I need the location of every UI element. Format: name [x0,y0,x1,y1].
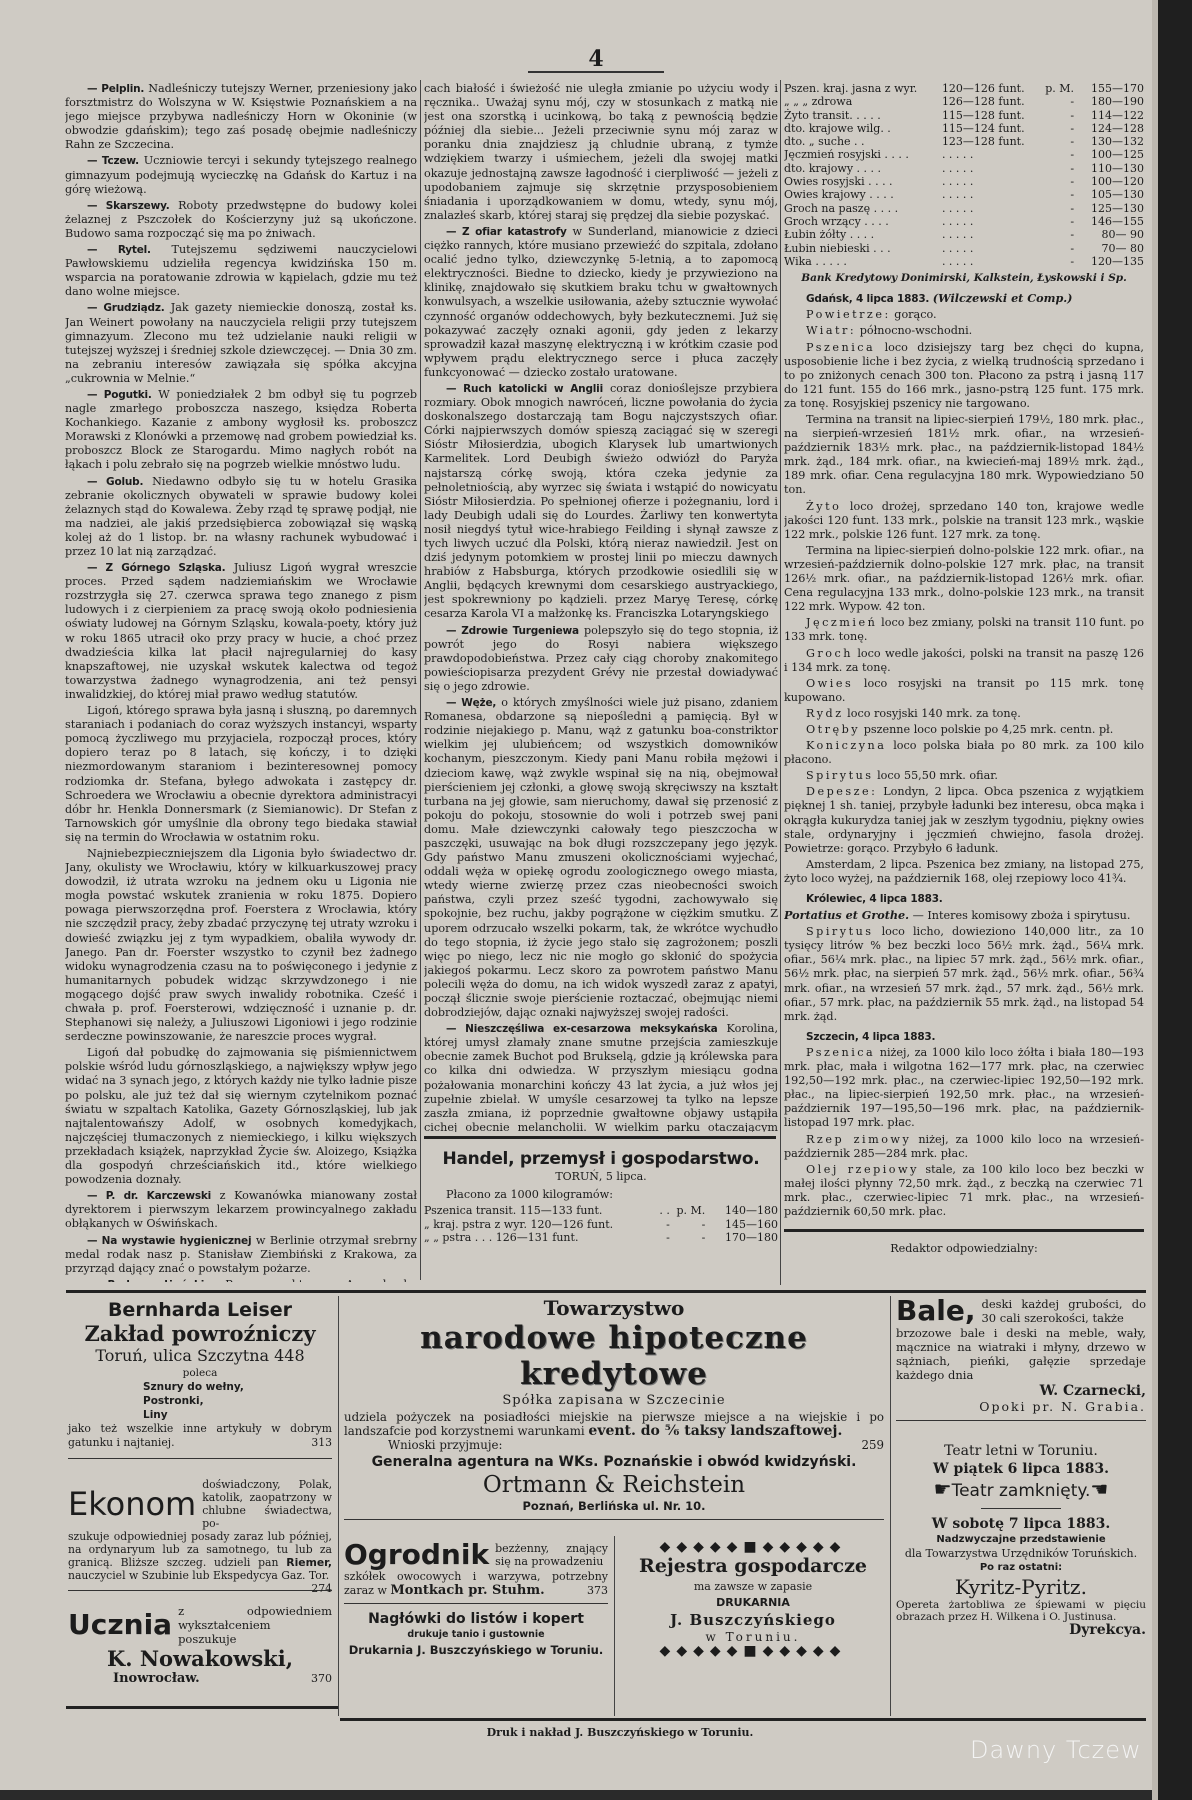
price-row: Żyto transit. . . . .115—128 funt.-114—1… [784,109,1144,122]
trade-title: Handel, przemysł i gospodarstwo. [424,1152,778,1166]
ad-rejestra-place: w Toruniu. [620,1630,886,1644]
article-heading: — Rady małżeńskie. [87,1279,215,1282]
ad-divider [338,1296,339,1716]
report-text: gorąco. [894,308,936,321]
price-row: Wika . . . . .. . . . .-120—135 [784,255,1144,268]
report-text: loco licho, dowieziono 140,000 litr., za… [784,925,1144,1023]
ad-ekonom-headline: Ekonom [68,1487,196,1521]
unit: p. M. [1040,82,1074,95]
market-report: Owies loco rosyjski na transit po 115 mr… [784,677,1144,705]
article: Ligoń, którego sprawa była jasną i słusz… [65,704,417,845]
price: 155—170 [1074,82,1144,95]
report-firm: Portatius et Grothe. [784,908,909,922]
commodity-label: Pszenica [806,341,875,354]
article-text: coraz donioślejsze przybiera rozmiary. O… [424,382,778,621]
ad-ucznia-side: z odpowiedniem wykształceniem poszukuje [178,1604,332,1646]
price-table-torun: Pszenica transit. 115—133 funt.. .p. M.1… [424,1204,778,1244]
ads-top-rule [66,1290,1146,1293]
market-report: Koniczyna loco polska biała po 80 mrk. z… [784,739,1144,767]
ad-tow-applications: Wnioski przyjmuje: [388,1438,502,1452]
ad-rule [344,1519,884,1520]
unit: - [1040,175,1074,188]
commodity: dto. krajowe wilg. . [784,122,942,135]
separator: - [657,1231,670,1244]
ad-number: 259 [861,1438,884,1452]
unit: - [1040,215,1074,228]
unit: - [1040,228,1074,241]
commodity-label: Koniczyna [806,739,886,752]
ad-divider [614,1536,615,1716]
ad-tow-bold: event. do ⁵⁄₆ taksy landszaftowej. [588,1423,842,1439]
article: — Nieszczęśliwa ex-cesarzowa meksykańska… [424,1022,778,1132]
commodity: dto. „ suche . . [784,135,942,148]
ad-naglowki-printer: Drukarnia J. Buszczyńskiego w Toruniu. [344,1642,608,1658]
market-report: Spirytus loco 55,50 mrk. ofiar. [784,769,1144,783]
ad-bale-side: deski każdej grubości, do 30 cali szerok… [981,1297,1146,1325]
article-text: o których zmyślności wiele już pisano, z… [424,696,778,1019]
market-report: Powietrze: gorąco. [784,308,1144,322]
price-row: Łubin niebieski . . .. . . . .-70— 80 [784,242,1144,255]
market-report: Portatius et Grothe. — Interes komisowy … [784,908,1144,923]
price-row: Jęczmień rosyjski . . . .. . . . .-100—1… [784,148,1144,161]
article: — Tczew. Uczniowie tercyi i sekundy tyte… [65,154,417,196]
price: 114—122 [1074,109,1144,122]
article-heading: — Rytel. [87,244,151,256]
report-text: — Interes komisowy zboża i spirytusu. [913,909,1131,922]
page-number-rule [528,71,664,73]
article-text: Ligoń dał pobudkę do zajmowania się piśm… [65,1046,417,1186]
ad-tow-line3: Spółka zapisana w Szczecinie [344,1394,884,1408]
separator: - [657,1218,670,1231]
market-report: Pszenica loco dzisiejszy targ bez chęci … [784,341,1144,411]
price-row: Łubin żółty . . . .. . . . .-80— 90 [784,228,1144,241]
ad-rule [68,1458,332,1459]
ad-naglowki-sub: drukuje tanio i gustownie [344,1628,608,1642]
commodity: Łubin żółty . . . . [784,228,942,241]
ad-leiser-items: Sznury do wełny,Postronki,Liny [68,1380,332,1422]
price: 180—190 [1074,95,1144,108]
unit: - [1040,162,1074,175]
weight: . . . . . [942,188,1040,201]
article-heading: — Zdrowie Turgeniewa [446,625,579,637]
ad-teatr-title: Teatr letni w Toruniu. [896,1442,1146,1460]
price-row: Groch na paszę . . . .. . . . .-125—130 [784,202,1144,215]
ad-teatr-for: dla Towarzystwa Urzędników Toruńskich. [896,1547,1146,1561]
unit: - [1040,122,1074,135]
article-heading: — Grudziądz. [87,302,165,314]
ad-rule [896,1420,1146,1421]
price: 124—128 [1074,122,1144,135]
ad-teatr-closed: Teatr zamknięty. [952,1481,1091,1501]
ad-leiser-item: Postronki, [143,1394,332,1408]
trade-section: Handel, przemysł i gospodarstwo. TORUŃ, … [424,1142,778,1282]
ad-ucznia: Ucznia z odpowiedniem wykształceniem pos… [68,1604,332,1686]
market-report: Rydz loco rosyjski 140 mrk. za tonę. [784,707,1144,721]
unit: - [1040,255,1074,268]
ad-divider [890,1296,891,1716]
commodity-label: Olej rzepiowy [806,1163,919,1176]
ornament-border: ◆◆◆◆◆■◆◆◆◆◆ [620,1644,886,1658]
ad-leiser-recommends: poleca [68,1366,332,1380]
unit: - [1040,148,1074,161]
market-report: Rzep zimowy niżej, za 1000 kilo loco na … [784,1133,1144,1161]
ad-rule [68,1590,332,1591]
ad-rejestra-title: Rejestra gospodarcze [620,1554,886,1578]
weight: . . . . . [942,162,1040,175]
page-number: 4 [0,46,1192,72]
ad-teatr-date1: W piątek 6 lipca 1883. [896,1460,1146,1478]
article: — Z ofiar katastrofy w Sunderland, miano… [424,225,778,380]
ad-teatr-last: Po raz ostatni: [896,1561,1146,1575]
article-text: w Sunderland, mianowicie z dzieci ciężko… [424,225,778,379]
commodity-label: Spirytus [806,769,874,782]
ad-rejestra-name: J. Buszczyńskiego [620,1610,886,1630]
ad-leiser-item: Sznury do wełny, [143,1380,332,1394]
article-heading: — Skarszewy. [87,200,170,212]
ad-ucznia-headline: Ucznia [68,1610,172,1640]
price-row: dto. „ suche . .123—128 funt.-130—132 [784,135,1144,148]
market-report: Depesze: Londyn, 2 lipca. Obca pszenica … [784,785,1144,855]
article-heading: — Nieszczęśliwa ex-cesarzowa meksykańska [446,1023,718,1035]
price-row: Groch wrzący . . . .. . . . .-146—155 [784,215,1144,228]
article: — Węże, o których zmyślności wiele już p… [424,696,778,1020]
weight: . . . . . [942,175,1040,188]
ad-teatr-closed-line: ☛Teatr zamknięty.☚ [896,1478,1146,1502]
ad-number: 373 [587,1584,608,1598]
ad-number: 274 [311,1582,332,1595]
ad-teatr-date2: W sobotę 7 lipca 1883. [896,1515,1146,1533]
ad-ogrodnik: Ogrodnik bezżenny, znający się na prowad… [344,1540,608,1658]
report-text: loco 55,50 mrk. ofiar. [877,769,998,782]
watermark: Dawny Tczew [970,1736,1142,1764]
article: — Ruch katolicki w Anglii coraz doniośle… [424,382,778,622]
separator: . . [657,1204,670,1217]
commodity-label: Wiatr: [806,324,856,337]
ad-ekonom-side: doświadczony, Polak, katolik, zaopatrzon… [202,1478,332,1530]
article: — Z Górnego Szląska. Juliusz Ligoń wygra… [65,561,417,702]
report-text: Amsterdam, 2 lipca. Pszenica bez zmiany,… [784,858,1144,885]
price: 170—180 [705,1231,778,1244]
article: — P. dr. Karczewski z Kowanówka mianowan… [65,1189,417,1231]
ad-leiser-address: Toruń, ulica Szczytna 448 [68,1346,332,1366]
ad-number: 370 [311,1672,332,1686]
commodity-label: Jęczmień [806,616,877,629]
unit: - [670,1218,705,1231]
ad-leiser-footer: jako też wszelkie inne artykuły w dobrym… [68,1422,332,1450]
article: — Zdrowie Turgeniewa polepszyło się do t… [424,624,778,694]
price-row: Pszen. kraj. jasna z wyr.120—126 funt.p.… [784,82,1144,95]
ads-bottom-rule [340,1718,1146,1721]
ad-teatr-signed: Dyrekcya. [896,1623,1146,1637]
price-row: dto. krajowe wilg. .115—124 funt.-124—12… [784,122,1144,135]
pointing-hand-left-icon: ☚ [1090,1478,1108,1500]
ad-ogrodnik-place: Montkach pr. Stuhm. [390,1583,544,1598]
article-heading: — Golub. [87,476,143,488]
ad-teatr-special: Nadzwyczajne przedstawienie [896,1533,1146,1547]
ad-rule [344,1603,608,1604]
page-edge [1152,0,1158,1800]
article: — Rady małżeńskie. Pewna praktyczna Amer… [65,1278,417,1282]
weight: . . . . . [942,242,1040,255]
price: 130—132 [1074,135,1144,148]
unit: - [1040,202,1074,215]
section-rule [424,1136,776,1139]
market-report: Olej rzepiowy stale, za 100 kilo loco be… [784,1163,1144,1219]
price: 120—135 [1074,255,1144,268]
ad-leiser-business: Zakład powroźniczy [68,1322,332,1346]
ad-tow-address: Poznań, Berlińska ul. Nr. 10. [344,1499,884,1513]
report-dateline: Królewiec, 4 lipca 1883. [806,893,943,905]
weight: . . . . . [942,255,1040,268]
ad-ogrodnik-side: bezżenny, znający się na prowadzeniu [495,1542,608,1569]
market-report: Królewiec, 4 lipca 1883. [784,892,1144,906]
article: Najniebezpieczniejszem dla Ligonia było … [65,847,417,1044]
article: — Na wystawie hygienicznej w Berlinie ot… [65,1234,417,1276]
ad-ucznia-name: K. Nowakowski, [68,1646,332,1672]
article: — Grudziądz. Jak gazety niemieckie donos… [65,301,417,386]
price-row: dto. krajowy . . . .. . . . .-110—130 [784,162,1144,175]
price-row: „ „ pstra . . . 126—131 funt.--170—180 [424,1231,778,1244]
commodity-label: Spirytus [806,925,874,938]
market-report: Szczecin, 4 lipca 1883. [784,1030,1144,1044]
ad-leiser: Bernharda Leiser Zakład powroźniczy Toru… [68,1298,332,1465]
ad-bale-headline: Bale, [896,1296,975,1326]
article-heading: — Tczew. [87,155,139,167]
ad-bale-seller: W. Czarnecki, [896,1382,1146,1400]
commodity: dto. krajowy . . . . [784,162,942,175]
price: 146—155 [1074,215,1144,228]
price: 80— 90 [1074,228,1144,241]
price: 140—180 [705,1204,778,1217]
article-heading: — Z Górnego Szląska. [87,562,225,574]
ad-ogrodnik-headline: Ogrodnik [344,1540,489,1570]
commodity: „ „ „ zdrowa [784,95,942,108]
ad-tow-line1: Towarzystwo [344,1296,884,1320]
ad-ekonom: Ekonom doświadczony, Polak, katolik, zao… [68,1478,332,1595]
editor-label: Redaktor odpowiedzialny: [784,1242,1144,1256]
price: 110—130 [1074,162,1144,175]
commodity: Żyto transit. . . . . [784,109,942,122]
ad-ekonom-contact: Riemer, [286,1556,332,1569]
news-column-2: cach białość i świeżość nie uległa zmian… [424,82,778,1132]
market-report: Żyto loco drożej, sprzedano 140 ton, kra… [784,500,1144,542]
commodity-label: Groch [806,647,853,660]
ad-rejestra: ◆◆◆◆◆■◆◆◆◆◆ Rejestra gospodarcze ma zaws… [620,1540,886,1658]
article-heading: — Z ofiar katastrofy [446,226,567,238]
ornament-border: ◆◆◆◆◆■◆◆◆◆◆ [620,1540,886,1554]
weight: . . . . . [942,228,1040,241]
unit: - [670,1231,705,1244]
market-report: Spirytus loco licho, dowieziono 140,000 … [784,925,1144,1024]
ad-bale-place: Opoki pr. N. Grabia. [896,1400,1146,1414]
ad-rejestra-sub: ma zawsze w zapasie [620,1578,886,1596]
price-row: Pszenica transit. 115—133 funt.. .p. M.1… [424,1204,778,1217]
ad-leiser-item: Liny [143,1408,332,1422]
article: Ligoń dał pobudkę do zajmowania się piśm… [65,1046,417,1187]
weight: . . . . . [942,202,1040,215]
ad-teatr: Teatr letni w Toruniu. W piątek 6 lipca … [896,1442,1146,1637]
unit: - [1040,109,1074,122]
article: — Rytel. Tutejszemu sędziwemi nauczyciel… [65,243,417,299]
article-heading: — Pogutki. [87,389,152,401]
column-divider [780,80,781,1285]
commodity: Jęczmień rosyjski . . . . [784,148,942,161]
unit: - [1040,242,1074,255]
price: 100—120 [1074,175,1144,188]
article-text: cach białość i świeżość nie uległa zmian… [424,82,778,222]
commodity-label: Rydz [806,707,844,720]
trade-unit-note: Płacono za 1000 kilogramów: [424,1188,778,1202]
market-report: Pszenica niżej, za 1000 kilo loco żółta … [784,1046,1144,1131]
unit: p. M. [670,1204,705,1217]
section-rule [784,1229,1144,1232]
ad-naglowki-title: Nagłówki do listów i kopert [344,1610,608,1628]
market-column: Pszen. kraj. jasna z wyr.120—126 funt.p.… [784,82,1144,1257]
price-row: „ „ „ zdrowa126—128 funt.-180—190 [784,95,1144,108]
commodity: Pszen. kraj. jasna z wyr. [784,82,942,95]
commodity: „ „ pstra . . . 126—131 funt. [424,1231,657,1244]
column-divider [420,80,421,1280]
report-dateline: Szczecin, 4 lipca 1883. [806,1031,935,1043]
commodity-label: Owies [806,677,853,690]
ad-teatr-desc: Opereta żartobliwa ze śpiewami w pięciu … [896,1599,1146,1623]
weight: 126—128 funt. [942,95,1040,108]
unit: - [1040,95,1074,108]
commodity-label: Otręby [806,723,860,736]
pointing-hand-right-icon: ☛ [934,1478,952,1500]
commodity: Łubin niebieski . . . [784,242,942,255]
trade-dateline: TORUŃ, 5 lipca. [424,1170,778,1184]
report-text: loco rosyjski 140 mrk. za tonę. [847,707,1021,720]
price-table: Pszen. kraj. jasna z wyr.120—126 funt.p.… [784,82,1144,268]
scan-margin [1152,0,1192,1800]
weight: . . . . . [942,215,1040,228]
ad-tow-line2: narodowe hipoteczne kredytowe [344,1320,884,1392]
article-text: Korolina, której umysł złamały znane smu… [424,1022,778,1132]
commodity: Groch wrzący . . . . [784,215,942,228]
ad-bale: Bale, deski każdej grubości, do 30 cali … [896,1296,1146,1429]
article-heading: — Pelplin. [87,83,144,95]
bank-credit: Bank Kredytowy Donimirski, Kalkstein, Ły… [784,271,1144,285]
commodity: Wika . . . . . [784,255,942,268]
weight: 123—128 funt. [942,135,1040,148]
report-text: Termina na lipiec-sierpień dolno-polskie… [784,544,1144,613]
imprint: Druk i nakład J. Buszczyńskiego w Toruni… [340,1726,900,1740]
market-report: Termina na lipiec-sierpień dolno-polskie… [784,544,1144,614]
ads-bottom-rule [66,1706,338,1709]
ad-tow-firm: Ortmann & Reichstein [344,1472,884,1499]
article: — Skarszewy. Roboty przedwstępne do budo… [65,199,417,241]
weight: 115—128 funt. [942,109,1040,122]
article-text: Juliusz Ligoń wygrał wreszcie proces. Pr… [65,561,417,701]
unit: - [1040,135,1074,148]
commodity: Owies krajowy . . . . [784,188,942,201]
market-report: Amsterdam, 2 lipca. Pszenica bez zmiany,… [784,858,1144,886]
weight: 115—124 funt. [942,122,1040,135]
price: 100—125 [1074,148,1144,161]
ad-rejestra-label: DRUKARNIA [620,1596,886,1610]
price-row: „ kraj. pstra z wyr. 120—126 funt.--145—… [424,1218,778,1231]
commodity-label: Pszenica [806,1046,875,1059]
article-heading: — Ruch katolicki w Anglii [446,383,603,395]
market-report: Gdańsk, 4 lipca 1883. (Wilczewski et Com… [784,291,1144,306]
newspaper-page: 4 — Pelplin. Nadleśniczy tutejszy Werner… [0,0,1152,1790]
commodity: Groch na paszę . . . . [784,202,942,215]
ad-teatr-play: Kyritz-Pyritz. [896,1575,1146,1599]
unit: - [1040,188,1074,201]
market-report: Termina na transit na lipiec-sierpień 17… [784,413,1144,498]
article-heading: — P. dr. Karczewski [87,1190,211,1202]
ad-ekonom-text2: nauczyciel w Szubinie lub Ekspedycya Gaz… [68,1569,329,1582]
report-dateline: Gdańsk, 4 lipca 1883. [806,293,929,305]
article: cach białość i świeżość nie uległa zmian… [424,82,778,223]
market-report: Wiatr: północno-wschodni. [784,324,1144,338]
price: 70— 80 [1074,242,1144,255]
article-text: Najniebezpieczniejszem dla Ligonia było … [65,847,417,1043]
commodity-label: Depesze: [806,785,877,798]
commodity: „ kraj. pstra z wyr. 120—126 funt. [424,1218,657,1231]
report-text: Termina na transit na lipiec-sierpień 17… [784,413,1144,496]
weight: . . . . . [942,148,1040,161]
price-row: Owies krajowy . . . .. . . . .-105—130 [784,188,1144,201]
market-report: Otręby pszenne loco polskie po 4,25 mrk.… [784,723,1144,737]
ad-ucznia-place: Inowrocław. [113,1671,200,1686]
report-text: pszenne loco polskie po 4,25 mrk. centn.… [864,723,1114,736]
commodity-label: Żyto [806,500,841,513]
report-firm: (Wilczewski et Comp.) [933,291,1073,305]
article-text: Ligoń, którego sprawa była jasną i słusz… [65,704,417,844]
article: — Pogutki. W poniedziałek 2 bm odbył się… [65,388,417,473]
ad-bale-text: brzozowe bale i deski na meble, wały, mą… [896,1326,1146,1382]
article: — Golub. Niedawno odbyło się tu w hotelu… [65,475,417,560]
ad-towarzystwo: Towarzystwo narodowe hipoteczne kredytow… [344,1296,884,1520]
price-row: Owies rosyjski . . . .. . . . .-100—120 [784,175,1144,188]
commodity: Owies rosyjski . . . . [784,175,942,188]
price: 105—130 [1074,188,1144,201]
article-heading: — Na wystawie hygienicznej [87,1235,251,1247]
commodity-label: Rzep zimowy [806,1133,911,1146]
commodity-label: Powietrze: [806,308,891,321]
article-heading: — Węże, [446,697,496,709]
price: 145—160 [705,1218,778,1231]
ad-rule [981,1508,1061,1509]
report-text: północno-wschodni. [860,324,972,337]
market-report: Groch loco wedle jakości, polski na tran… [784,647,1144,675]
ad-tow-agency: Generalna agentura na WKs. Poznańskie i … [344,1452,884,1472]
market-report: Jęczmień loco bez zmiany, polski na tran… [784,616,1144,644]
price: 125—130 [1074,202,1144,215]
article: — Pelplin. Nadleśniczy tutejszy Werner, … [65,82,417,152]
commodity: Pszenica transit. 115—133 funt. [424,1204,657,1217]
ad-leiser-name: Bernharda Leiser [68,1298,332,1322]
weight: 120—126 funt. [942,82,1040,95]
news-column-1: — Pelplin. Nadleśniczy tutejszy Werner, … [65,82,417,1282]
